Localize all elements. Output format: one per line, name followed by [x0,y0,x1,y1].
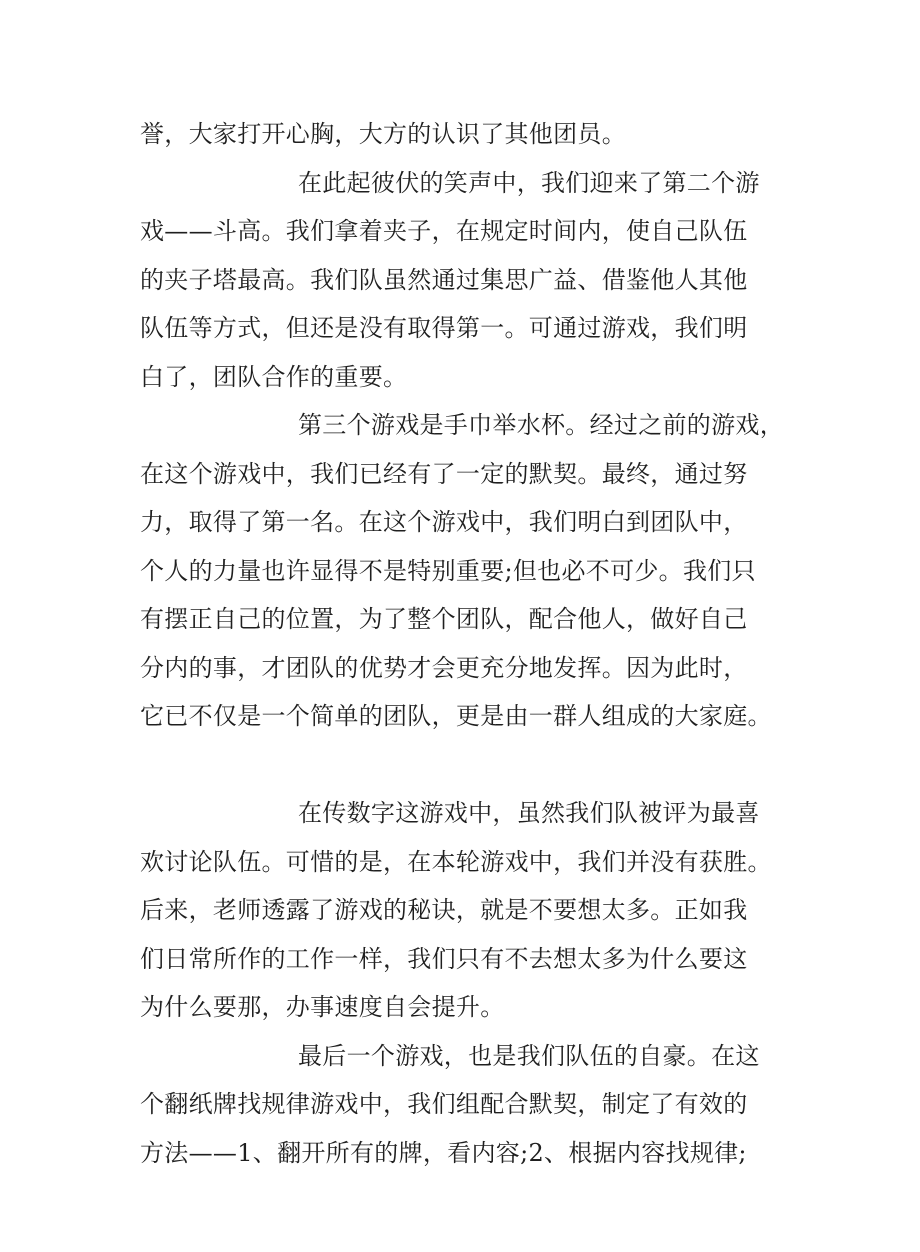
text-line: 第三个游戏是手巾举水杯。经过之前的游戏， [140,401,800,450]
text-line: 队伍等方式，但还是没有取得第一。可通过游戏，我们明 [140,304,800,353]
text-line: 的夹子塔最高。我们队虽然通过集思广益、借鉴他人其他 [140,256,800,305]
text-line: 个人的力量也许显得不是特别重要;但也必不可少。我们只 [140,547,800,596]
paragraph-game-5: 最后一个游戏，也是我们队伍的自豪。在这 个翻纸牌找规律游戏中，我们组配合默契，制… [140,1032,800,1178]
text-line: 欢讨论队伍。可惜的是，在本轮游戏中，我们并没有获胜。 [140,838,800,887]
text-line: 在此起彼伏的笑声中，我们迎来了第二个游 [140,159,800,208]
text-line: 为什么要那，办事速度自会提升。 [140,983,800,1032]
document-page: 誉，大家打开心胸，大方的认识了其他团员。 在此起彼伏的笑声中，我们迎来了第二个游… [0,0,920,1252]
document-text: 誉，大家打开心胸，大方的认识了其他团员。 在此起彼伏的笑声中，我们迎来了第二个游… [140,110,800,1177]
text-line: 方法——1、翻开所有的牌，看内容;2、根据内容找规律; [140,1129,800,1178]
blank-line [140,741,800,790]
text-line: 们日常所作的工作一样，我们只有不去想太多为什么要这 [140,935,800,984]
text-line: 最后一个游戏，也是我们队伍的自豪。在这 [140,1032,800,1081]
paragraph-game-2: 在此起彼伏的笑声中，我们迎来了第二个游 戏——斗高。我们拿着夹子，在规定时间内，… [140,159,800,402]
text-line: 分内的事，才团队的优势才会更充分地发挥。因为此时， [140,644,800,693]
paragraph-game-3: 第三个游戏是手巾举水杯。经过之前的游戏， 在这个游戏中，我们已经有了一定的默契。… [140,401,800,741]
paragraph-continuation: 誉，大家打开心胸，大方的认识了其他团员。 [140,110,800,159]
text-line: 它已不仅是一个简单的团队，更是由一群人组成的大家庭。 [140,692,800,741]
text-line: 在传数字这游戏中，虽然我们队被评为最喜 [140,789,800,838]
text-line: 个翻纸牌找规律游戏中，我们组配合默契，制定了有效的 [140,1080,800,1129]
text-line: 誉，大家打开心胸，大方的认识了其他团员。 [140,110,800,159]
text-line: 后来，老师透露了游戏的秘诀，就是不要想太多。正如我 [140,886,800,935]
paragraph-game-4: 在传数字这游戏中，虽然我们队被评为最喜 欢讨论队伍。可惜的是，在本轮游戏中，我们… [140,789,800,1032]
text-line: 力，取得了第一名。在这个游戏中，我们明白到团队中， [140,498,800,547]
text-line: 白了，团队合作的重要。 [140,353,800,402]
text-line: 戏——斗高。我们拿着夹子，在规定时间内，使自己队伍 [140,207,800,256]
text-line: 在这个游戏中，我们已经有了一定的默契。最终，通过努 [140,450,800,499]
text-line: 有摆正自己的位置，为了整个团队，配合他人，做好自己 [140,595,800,644]
